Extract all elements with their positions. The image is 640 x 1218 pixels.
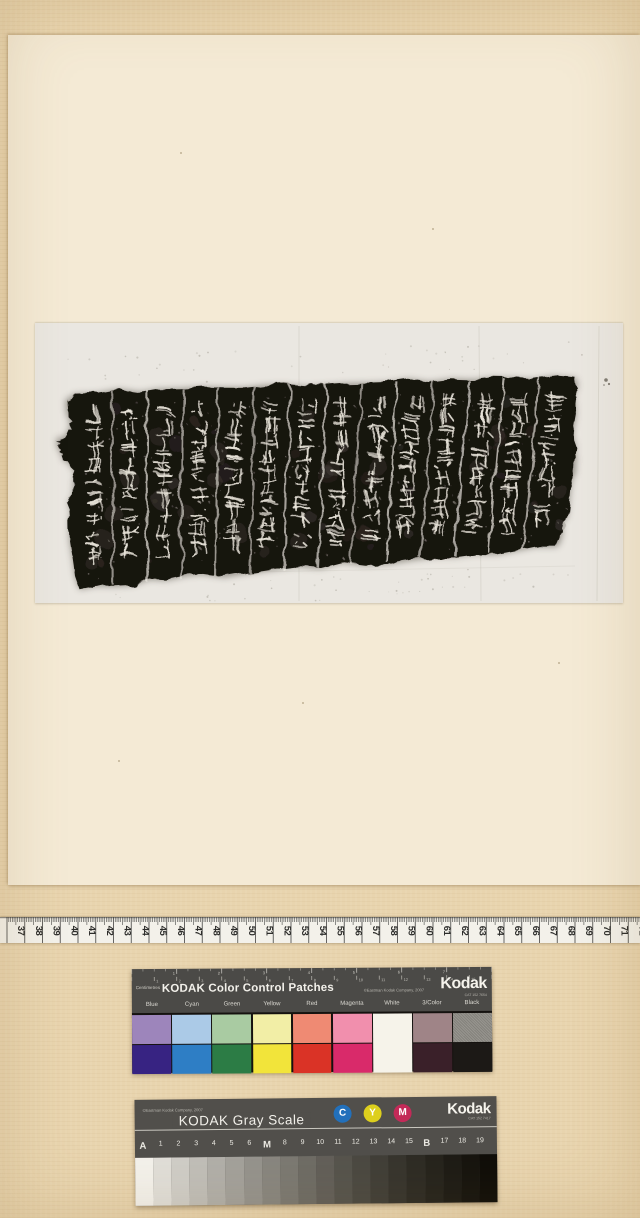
- gray-step-label: 2: [176, 1140, 180, 1147]
- ink-spot: [604, 378, 608, 382]
- ruler-number: 72: [636, 926, 640, 936]
- color-card-copyright: ©Eastman Kodak Company, 2007: [364, 987, 424, 992]
- ruler-number: 49: [228, 926, 239, 936]
- color-patch: [453, 1043, 492, 1072]
- ink-spot: [608, 383, 610, 385]
- color-patch: [373, 1013, 412, 1073]
- ruler-number: 65: [512, 926, 523, 937]
- ink-block: [55, 376, 578, 589]
- svg-text:9: 9: [336, 978, 338, 982]
- gray-step: [443, 1154, 462, 1202]
- patch-column-label: Cyan: [172, 1002, 212, 1012]
- gray-step-label: 1: [159, 1141, 163, 1148]
- svg-text:6: 6: [398, 969, 401, 974]
- patch-column-label: White: [372, 1000, 412, 1010]
- ruler-number: 71: [619, 926, 630, 937]
- gray-step-label: 3: [194, 1140, 198, 1147]
- ruler-number: 44: [139, 926, 150, 937]
- color-patch: [293, 1013, 332, 1042]
- gray-step: [171, 1157, 190, 1205]
- gray-step: [135, 1158, 154, 1206]
- ruler-number: 68: [565, 926, 576, 936]
- ruler-number: 54: [317, 926, 328, 937]
- ruler-number: 45: [157, 926, 168, 937]
- patch-column-label: Blue: [132, 1002, 172, 1012]
- gray-step-label: 10: [316, 1139, 324, 1146]
- ruler-number: 48: [210, 926, 221, 936]
- patch-column-label: Yellow: [252, 1001, 292, 1011]
- gray-step: [370, 1155, 389, 1203]
- gray-step: [316, 1156, 335, 1204]
- gray-step: [406, 1155, 425, 1203]
- ruler-number: 58: [388, 926, 399, 936]
- gray-step-label: 8: [283, 1139, 287, 1146]
- color-patch: [172, 1045, 211, 1074]
- dust-speck: [180, 152, 182, 154]
- gray-step: [461, 1154, 480, 1202]
- color-patch: [212, 1014, 251, 1043]
- ruler-number: 66: [530, 926, 541, 936]
- ruler-number: 57: [370, 926, 381, 936]
- svg-text:4: 4: [308, 970, 311, 975]
- ruler-number: 63: [477, 926, 488, 936]
- gray-card-catalog-number: CAT 152 7417: [468, 1116, 490, 1120]
- ruler-number: 61: [441, 926, 452, 937]
- ruler-number: 67: [548, 926, 559, 936]
- svg-text:11: 11: [381, 978, 385, 982]
- photograph: 3738394041424344454647484950515253545556…: [0, 0, 640, 1218]
- color-patch: [413, 1013, 452, 1042]
- ruler-number: 60: [423, 926, 434, 936]
- gray-step-strip: [135, 1154, 497, 1206]
- gray-step-label: 6: [247, 1140, 251, 1147]
- color-card-catalog-number: CAT 152 7654: [465, 993, 487, 997]
- ruler-number: 53: [299, 926, 310, 936]
- gray-step-label: 13: [370, 1138, 378, 1145]
- ruler-number: 69: [583, 926, 594, 936]
- gray-step-label: 18: [458, 1137, 466, 1144]
- gray-step: [244, 1157, 263, 1205]
- gray-step-label: 14: [387, 1138, 395, 1145]
- color-patch: [333, 1013, 372, 1042]
- gray-step: [262, 1156, 281, 1204]
- gray-step-label: 12: [352, 1139, 360, 1146]
- kodak-logo: Kodak: [440, 975, 487, 993]
- cyan-circle-icon: C: [334, 1105, 352, 1123]
- gray-step-label: A: [139, 1141, 146, 1152]
- ruler-number: 39: [51, 926, 62, 936]
- svg-text:1: 1: [173, 971, 176, 976]
- gray-step: [280, 1156, 299, 1204]
- gray-step-label: 4: [212, 1140, 216, 1147]
- ink-spot: [603, 384, 605, 386]
- ink-rubbing: [35, 323, 625, 604]
- gray-step-label: B: [423, 1138, 430, 1149]
- ruler-number: 62: [459, 926, 470, 936]
- ruler-number: 41: [86, 926, 97, 937]
- gray-card-copyright: ©Eastman Kodak Company, 2007: [143, 1107, 203, 1113]
- gray-step-label: 9: [301, 1139, 305, 1146]
- color-patch: [212, 1044, 251, 1073]
- ruler-number: 46: [175, 926, 186, 936]
- gray-step-label: 19: [476, 1137, 484, 1144]
- color-card-title: KODAK Color Control Patches: [162, 982, 334, 995]
- gray-step: [388, 1155, 407, 1203]
- patch-column-label: 3/Color: [412, 1000, 452, 1010]
- ruler-number: 52: [281, 926, 292, 936]
- color-patch: [252, 1014, 291, 1043]
- gray-step: [189, 1157, 208, 1205]
- gray-step-labels: A123456M89101112131415B171819: [135, 1137, 497, 1153]
- patch-column-label: Black: [452, 1000, 492, 1010]
- patch-column-label: Red: [292, 1001, 332, 1011]
- ruler-number: 40: [68, 926, 79, 936]
- column-divider: [147, 390, 148, 582]
- ruler-number: 50: [246, 926, 257, 936]
- gray-step-label: 11: [334, 1139, 341, 1146]
- gray-step-label: 17: [441, 1138, 449, 1145]
- ruler-scale: 3738394041424344454647484950515253545556…: [0, 917, 640, 943]
- yellow-circle-icon: Y: [364, 1104, 382, 1122]
- svg-text:7: 7: [443, 969, 446, 974]
- color-patch: [132, 1014, 171, 1043]
- gray-step: [479, 1154, 498, 1202]
- ruler-number: 59: [406, 926, 417, 936]
- gray-step: [207, 1157, 226, 1205]
- color-patch: [253, 1044, 292, 1073]
- gray-step: [334, 1156, 353, 1204]
- ruler-number: 64: [494, 926, 505, 937]
- gray-step: [153, 1158, 172, 1206]
- magenta-circle-icon: M: [394, 1104, 412, 1122]
- gray-step-label: 5: [230, 1140, 234, 1147]
- centimetre-ruler: 3738394041424344454647484950515253545556…: [0, 917, 640, 943]
- color-patch: [132, 1045, 171, 1074]
- ruler-number: 37: [15, 926, 26, 936]
- svg-text:5: 5: [353, 970, 356, 975]
- ruler-number: 70: [601, 926, 612, 936]
- gray-card-title: KODAK Gray Scale: [173, 1112, 311, 1128]
- ruler-number: 55: [335, 926, 346, 937]
- color-patch: [333, 1044, 372, 1073]
- svg-text:13: 13: [426, 978, 430, 982]
- patch-column-label: Green: [212, 1001, 252, 1011]
- svg-text:3: 3: [263, 970, 266, 975]
- gray-step: [425, 1155, 444, 1203]
- gray-step: [352, 1155, 371, 1203]
- gray-step-label: 15: [405, 1138, 413, 1145]
- kodak-gray-scale-card: ©Eastman Kodak Company, 2007 KODAK Gray …: [134, 1096, 497, 1206]
- ruler-number: 42: [104, 926, 115, 936]
- paper-crease: [597, 326, 599, 601]
- ruler-number: 47: [193, 926, 204, 936]
- color-patch: [413, 1043, 452, 1072]
- color-patch: [453, 1012, 492, 1041]
- dust-speck: [302, 702, 304, 704]
- dust-speck: [118, 760, 120, 762]
- ruler-number: 51: [264, 926, 275, 937]
- color-patch-grid: [132, 1011, 492, 1073]
- ruler-number: 56: [352, 926, 363, 936]
- patch-column-label: Magenta: [332, 1001, 372, 1011]
- dust-speck: [558, 662, 560, 664]
- color-patch: [293, 1044, 332, 1073]
- svg-text:12: 12: [404, 978, 408, 982]
- centimetres-label: Centimetres: [136, 985, 160, 990]
- ruler-number: 38: [33, 926, 44, 936]
- kodak-logo: Kodak: [447, 1100, 491, 1117]
- gray-step: [298, 1156, 317, 1204]
- svg-text:2: 2: [218, 971, 221, 976]
- ruler-number: 43: [122, 926, 133, 936]
- svg-text:1: 1: [156, 979, 158, 983]
- svg-text:10: 10: [359, 978, 363, 982]
- dust-speck: [432, 228, 434, 230]
- gray-step-label: M: [263, 1139, 271, 1150]
- kodak-color-control-patches-card: 1234567123456789101112131415 Centimetres…: [132, 967, 493, 1073]
- color-patch: [172, 1014, 211, 1043]
- gray-step: [226, 1157, 245, 1205]
